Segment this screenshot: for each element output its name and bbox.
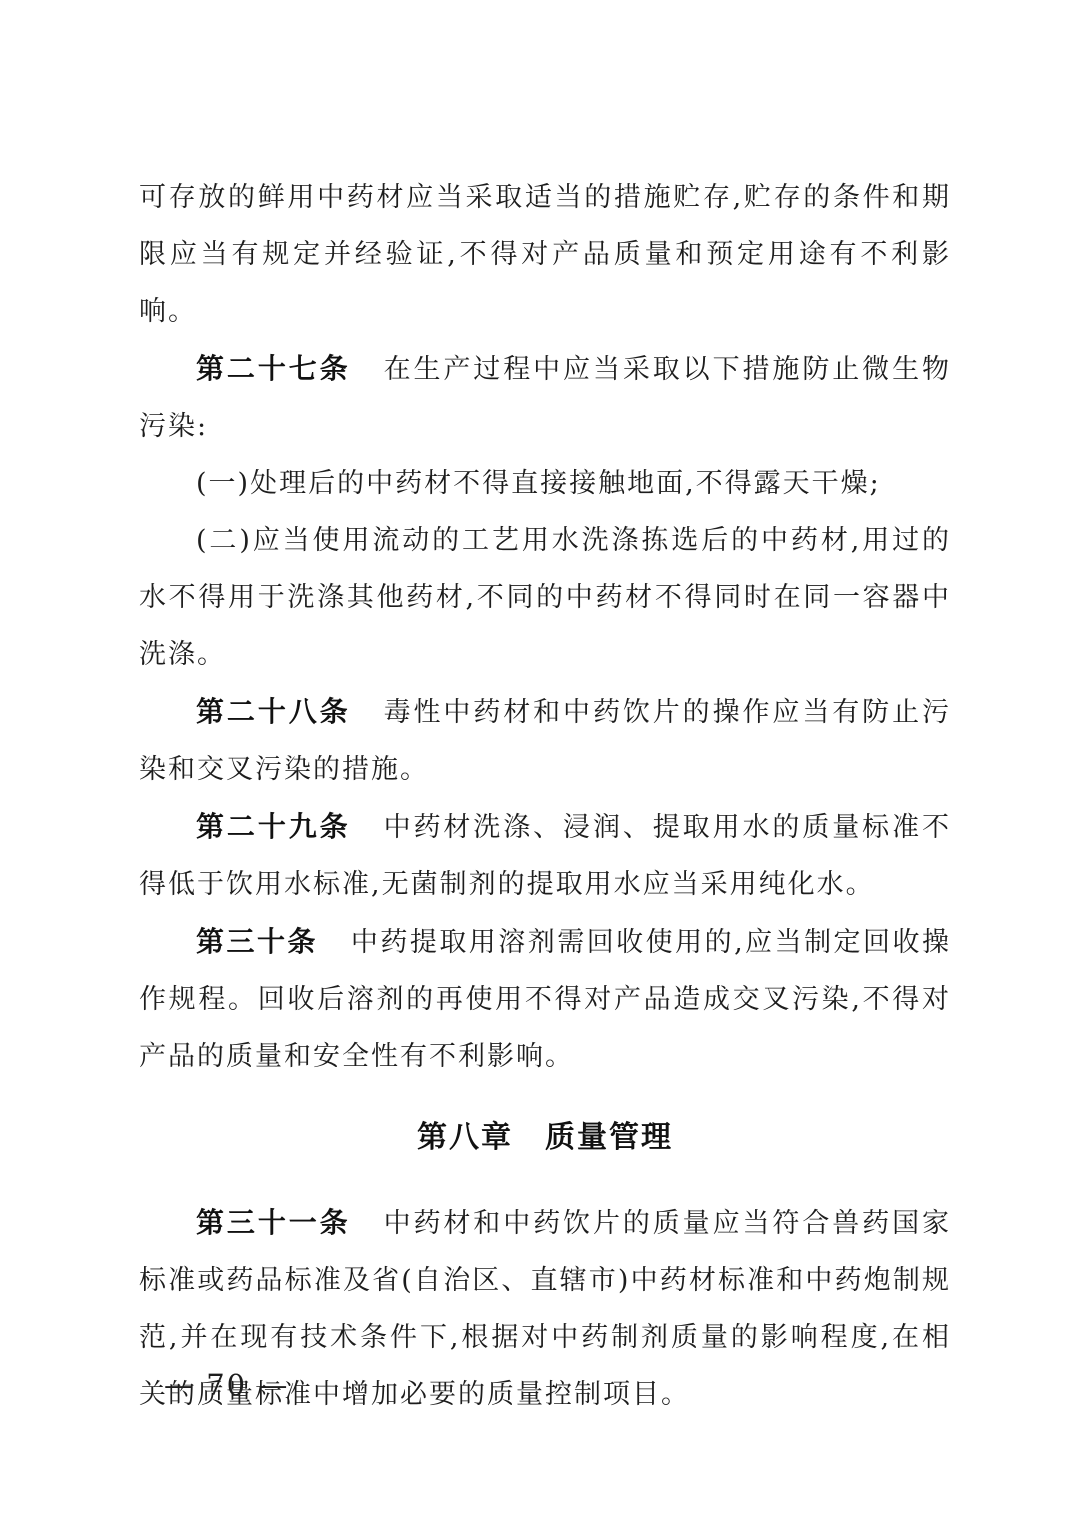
article-29-number: 第二十九条 xyxy=(196,810,351,843)
article-28-number: 第二十八条 xyxy=(196,695,351,728)
list-item-2: (二)应当使用流动的工艺用水洗涤拣选后的中药材,用过的水不得用于洗涤其他药材,不… xyxy=(139,512,951,683)
article-27-paragraph: 第二十七条在生产过程中应当采取以下措施防止微生物污染: xyxy=(139,340,951,455)
paragraph-continuation: 可存放的鲜用中药材应当采取适当的措施贮存,贮存的条件和期限应当有规定并经验证,不… xyxy=(139,169,951,340)
document-page: 可存放的鲜用中药材应当采取适当的措施贮存,贮存的条件和期限应当有规定并经验证,不… xyxy=(0,0,1080,1527)
article-29-paragraph: 第二十九条中药材洗涤、浸润、提取用水的质量标准不得低于饮用水标准,无菌制剂的提取… xyxy=(139,798,951,913)
article-31-number: 第三十一条 xyxy=(196,1206,351,1239)
page-number: — 70 — xyxy=(164,1368,289,1402)
article-30-paragraph: 第三十条中药提取用溶剂需回收使用的,应当制定回收操作规程。回收后溶剂的再使用不得… xyxy=(139,913,951,1085)
list-item-2-text: (二)应当使用流动的工艺用水洗涤拣选后的中药材,用过的水不得用于洗涤其他药材,不… xyxy=(139,525,951,670)
chapter-heading: 第八章 质量管理 xyxy=(139,1109,951,1166)
text-block: 可存放的鲜用中药材应当采取适当的措施贮存,贮存的条件和期限应当有规定并经验证,不… xyxy=(139,169,951,1423)
paragraph-text: 可存放的鲜用中药材应当采取适当的措施贮存,贮存的条件和期限应当有规定并经验证,不… xyxy=(139,182,951,327)
article-30-number: 第三十条 xyxy=(196,925,318,958)
article-28-paragraph: 第二十八条毒性中药材和中药饮片的操作应当有防止污染和交叉污染的措施。 xyxy=(139,683,951,798)
article-27-number: 第二十七条 xyxy=(196,352,351,385)
list-item-1: (一)处理后的中药材不得直接接触地面,不得露天干燥; xyxy=(139,455,951,512)
list-item-1-text: (一)处理后的中药材不得直接接触地面,不得露天干燥; xyxy=(196,468,881,499)
